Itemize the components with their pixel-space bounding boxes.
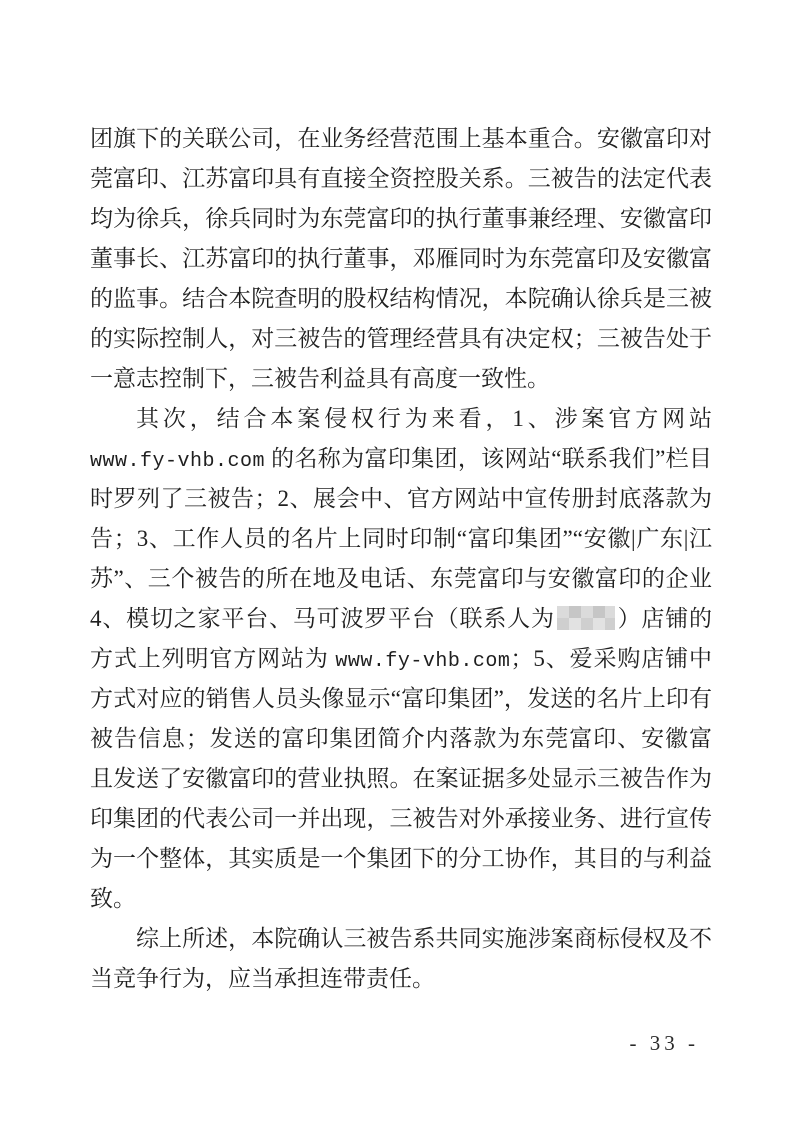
redacted-name-block [557,606,615,630]
text-segment: 时罗列了三被告；2、展会中、官方网站中宣传册封底落款为三被 [90,486,712,519]
text-line: 为一个整体，其实质是一个集团下的分工协作，其目的与利益一 [90,839,712,879]
text-segment: 4、模切之家平台、马可波罗平台（联系人为 [90,606,555,631]
text-line: 印集团的代表公司一并出现，三被告对外承接业务、进行宣传时 [90,799,712,839]
url-text: www.fy-vhb.com [90,450,265,473]
text-segment: 致。 [90,886,136,911]
text-segment: 当竞争行为，应当承担连带责任。 [90,966,435,991]
text-segment: 告；3、工作人员的名片上同时印制“富印集团”“安徽|广东|江 [90,526,712,551]
text-segment: 印集团的代表公司一并出现，三被告对外承接业务、进行宣传时 [90,806,712,839]
text-segment: 均为徐兵，徐兵同时为东莞富印的执行董事兼经理、安徽富印的 [90,206,712,239]
text-line: 且发送了安徽富印的营业执照。在案证据多处显示三被告作为富 [90,759,712,799]
text-line: 致。 [90,879,712,919]
text-segment: 方式对应的销售人员头像显示“富印集团”，发送的名片上印有三 [90,686,712,719]
text-segment: 团旗下的关联公司，在业务经营范围上基本重合。安徽富印对东 [90,126,712,159]
url-text: www.fy-vhb.com [335,650,510,673]
text-segment: 被告信息；发送的富印集团简介内落款为东莞富印、安徽富印， [90,726,712,759]
page-number: - 33 - [630,1030,700,1056]
document-body: 团旗下的关联公司，在业务经营范围上基本重合。安徽富印对东莞富印、江苏富印具有直接… [90,119,712,999]
text-line: 董事长、江苏富印的执行董事，邓雁同时为东莞富印及安徽富印 [90,239,712,279]
text-segment: 且发送了安徽富印的营业执照。在案证据多处显示三被告作为富 [90,766,712,799]
text-line: www.fy-vhb.com 的名称为富印集团，该网站“联系我们”栏目同 [90,439,712,479]
text-line: 一意志控制下，三被告利益具有高度一致性。 [90,359,712,399]
text-line: 4、模切之家平台、马可波罗平台（联系人为）店铺的联系 [90,599,712,639]
text-line: 方式上列明官方网站为 www.fy-vhb.com；5、爱采购店铺中联系 [90,639,712,679]
text-segment: 莞富印、江苏富印具有直接全资控股关系。三被告的法定代表人 [90,166,712,199]
text-line: 方式对应的销售人员头像显示“富印集团”，发送的名片上印有三 [90,679,712,719]
text-line: 的实际控制人，对三被告的管理经营具有决定权；三被告处于同 [90,319,712,359]
text-line: 苏”、三个被告的所在地及电话、东莞富印与安徽富印的企业全称； [90,559,712,599]
document-page: 团旗下的关联公司，在业务经营范围上基本重合。安徽富印对东莞富印、江苏富印具有直接… [0,0,794,1123]
text-line: 的监事。结合本院查明的股权结构情况，本院确认徐兵是三被告 [90,279,712,319]
text-line: 被告信息；发送的富印集团简介内落款为东莞富印、安徽富印， [90,719,712,759]
text-line: 当竞争行为，应当承担连带责任。 [90,959,712,999]
text-line: 莞富印、江苏富印具有直接全资控股关系。三被告的法定代表人 [90,159,712,199]
text-line: 综上所述，本院确认三被告系共同实施涉案商标侵权及不正 [90,919,712,959]
text-line: 团旗下的关联公司，在业务经营范围上基本重合。安徽富印对东 [90,119,712,159]
text-segment: 为一个整体，其实质是一个集团下的分工协作，其目的与利益一 [90,846,712,879]
text-segment: 苏”、三个被告的所在地及电话、东莞富印与安徽富印的企业全称； [90,566,712,599]
text-line: 其次，结合本案侵权行为来看，1、涉案官方网站 [90,399,712,439]
text-line: 时罗列了三被告；2、展会中、官方网站中宣传册封底落款为三被 [90,479,712,519]
text-segment: 一意志控制下，三被告利益具有高度一致性。 [90,366,550,391]
text-segment: 的实际控制人，对三被告的管理经营具有决定权；三被告处于同 [90,326,712,359]
text-segment: 综上所述，本院确认三被告系共同实施涉案商标侵权及不正 [90,926,712,959]
text-line: 均为徐兵，徐兵同时为东莞富印的执行董事兼经理、安徽富印的 [90,199,712,239]
text-segment: 董事长、江苏富印的执行董事，邓雁同时为东莞富印及安徽富印 [90,246,712,279]
text-segment: 其次，结合本案侵权行为来看，1、涉案官方网站 [136,406,712,431]
text-line: 告；3、工作人员的名片上同时印制“富印集团”“安徽|广东|江 [90,519,712,559]
text-segment: 方式上列明官方网站为 [90,646,335,671]
text-segment: 的监事。结合本院查明的股权结构情况，本院确认徐兵是三被告 [90,286,712,319]
